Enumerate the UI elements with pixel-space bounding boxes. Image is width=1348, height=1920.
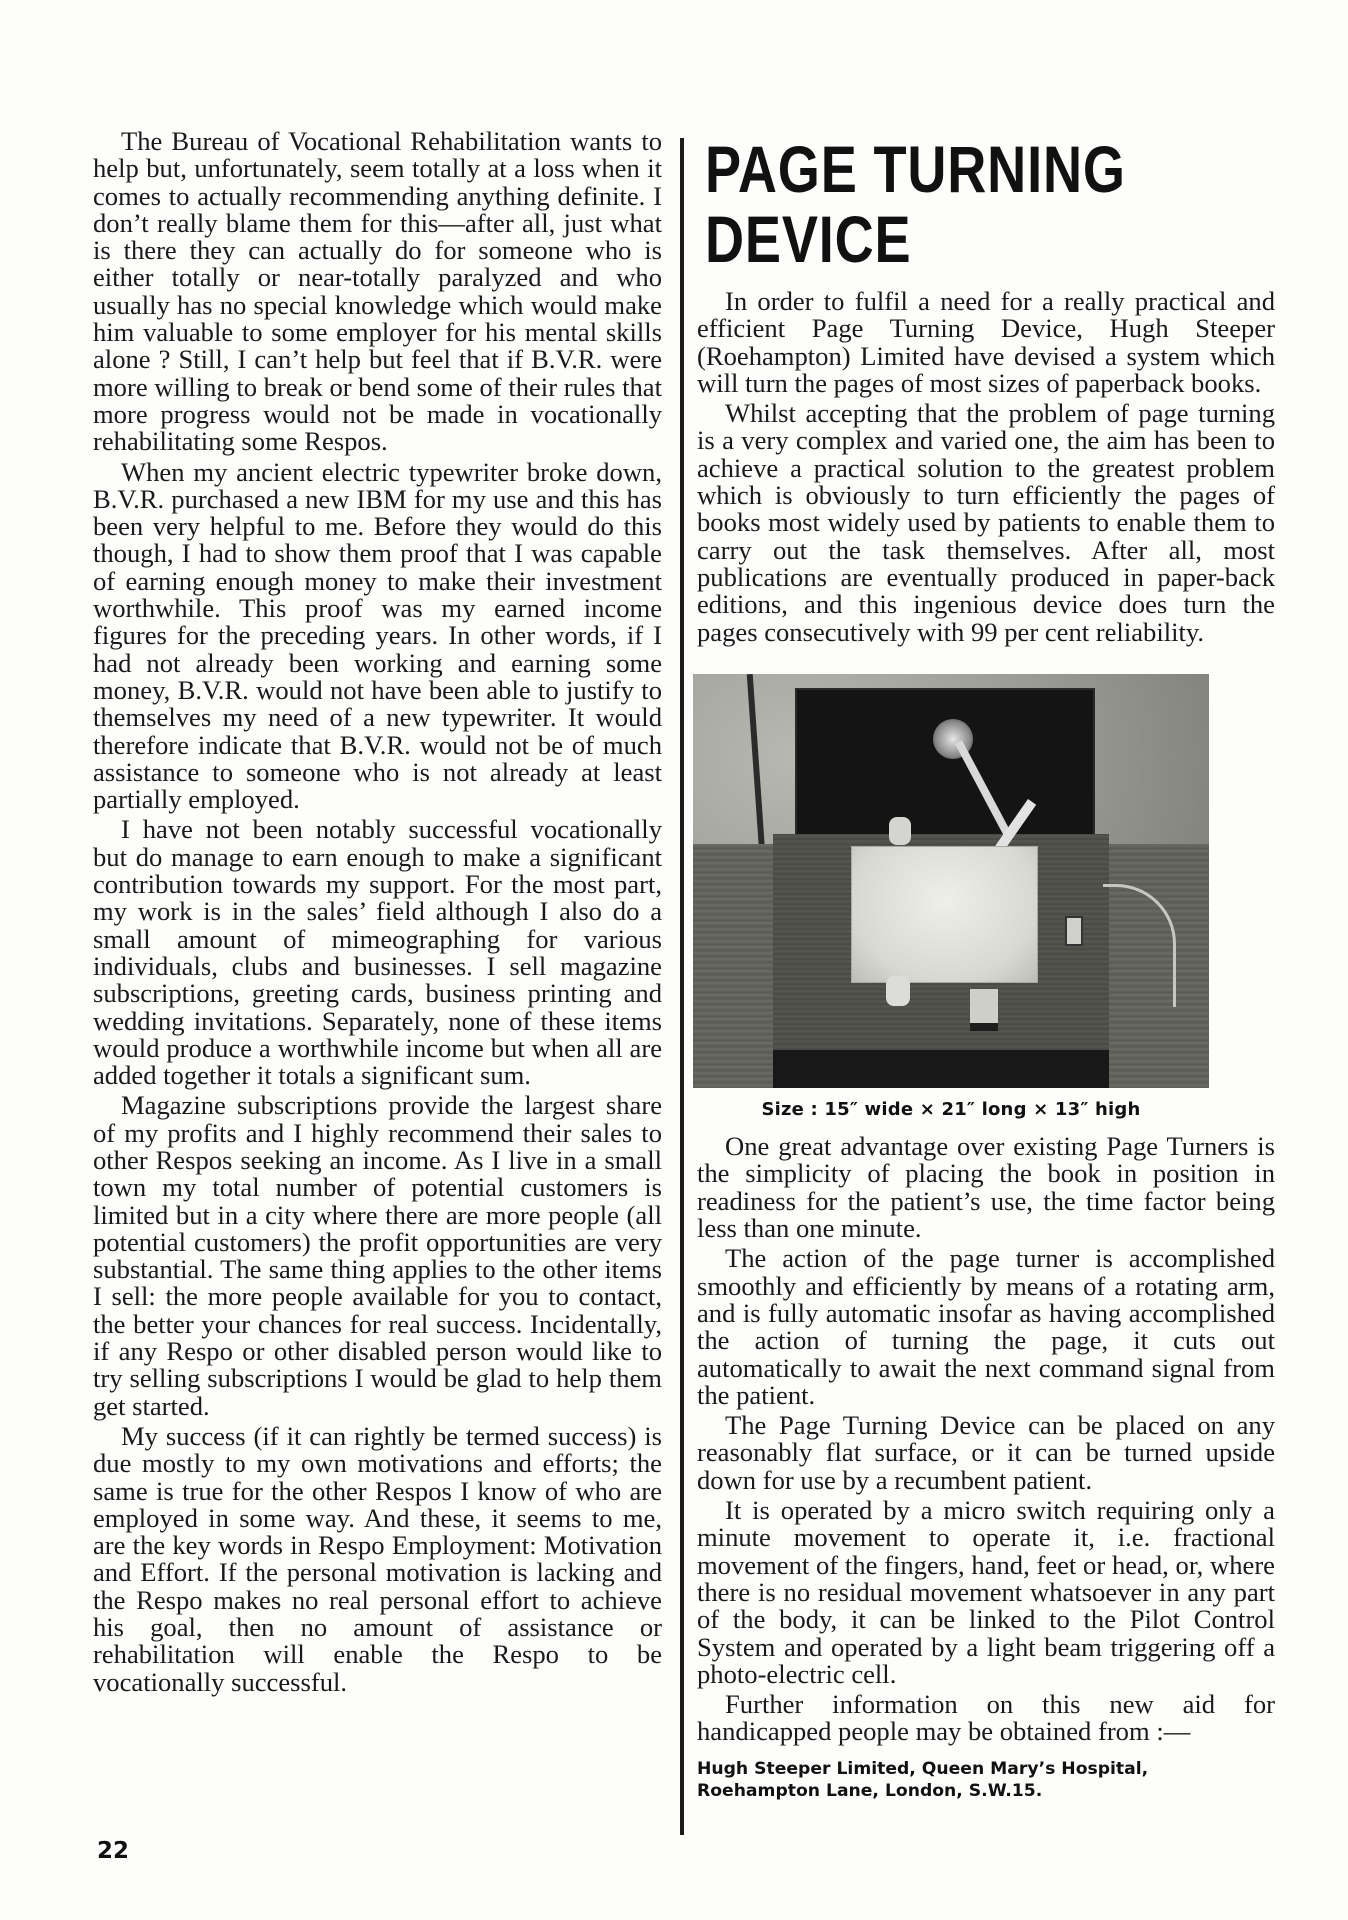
page-number: 22 [97,1838,129,1864]
device-base-front [773,1050,1109,1088]
paragraph: The Bureau of Vocational Rehabilitation … [93,128,662,456]
paragraph: Further information on this new aid for … [697,1691,1275,1746]
right-column-article: PAGE TURNING DEVICE In order to fulfil a… [697,128,1275,1802]
paragraph: I have not been notably successful vocat… [93,816,662,1089]
device-block [970,989,998,1031]
paragraph: Whilst accepting that the problem of pag… [697,400,1275,646]
column-divider [680,138,684,1835]
micro-switch [1065,916,1083,946]
left-column-article: The Bureau of Vocational Rehabilitation … [93,128,662,1696]
figure-caption: Size : 15″ wide × 21″ long × 13″ high [693,1096,1209,1123]
device-photo [693,674,1209,1088]
paragraph: In order to fulfil a need for a really p… [697,288,1275,397]
device-knob [886,976,910,1006]
article-body: One great advantage over existing Page T… [697,1133,1275,1746]
paragraph: When my ancient electric typewriter brok… [93,459,662,814]
address-line: Hugh Steeper Limited, Queen Mary’s Hospi… [697,1758,1275,1780]
paragraph: Magazine subscriptions provide the large… [93,1092,662,1420]
magazine-page: The Bureau of Vocational Rehabilitation … [0,0,1348,1920]
paragraph: One great advantage over existing Page T… [697,1133,1275,1242]
open-book [851,846,1038,983]
address-line: Roehampton Lane, London, S.W.15. [697,1780,1275,1802]
device-figure: Size : 15″ wide × 21″ long × 13″ high [693,674,1209,1123]
headline-line: PAGE TURNING [705,134,1279,204]
article-headline: PAGE TURNING DEVICE [705,134,1279,274]
contact-address: Hugh Steeper Limited, Queen Mary’s Hospi… [697,1758,1275,1802]
article-intro: In order to fulfil a need for a really p… [697,288,1275,646]
device-back-panel [795,688,1095,842]
paragraph: The action of the page turner is accompl… [697,1245,1275,1409]
device-knob [889,817,911,845]
paragraph: The Page Turning Device can be placed on… [697,1412,1275,1494]
headline-line: DEVICE [705,204,1279,274]
paragraph: It is operated by a micro switch requiri… [697,1497,1275,1688]
paragraph: My success (if it can rightly be termed … [93,1423,662,1696]
